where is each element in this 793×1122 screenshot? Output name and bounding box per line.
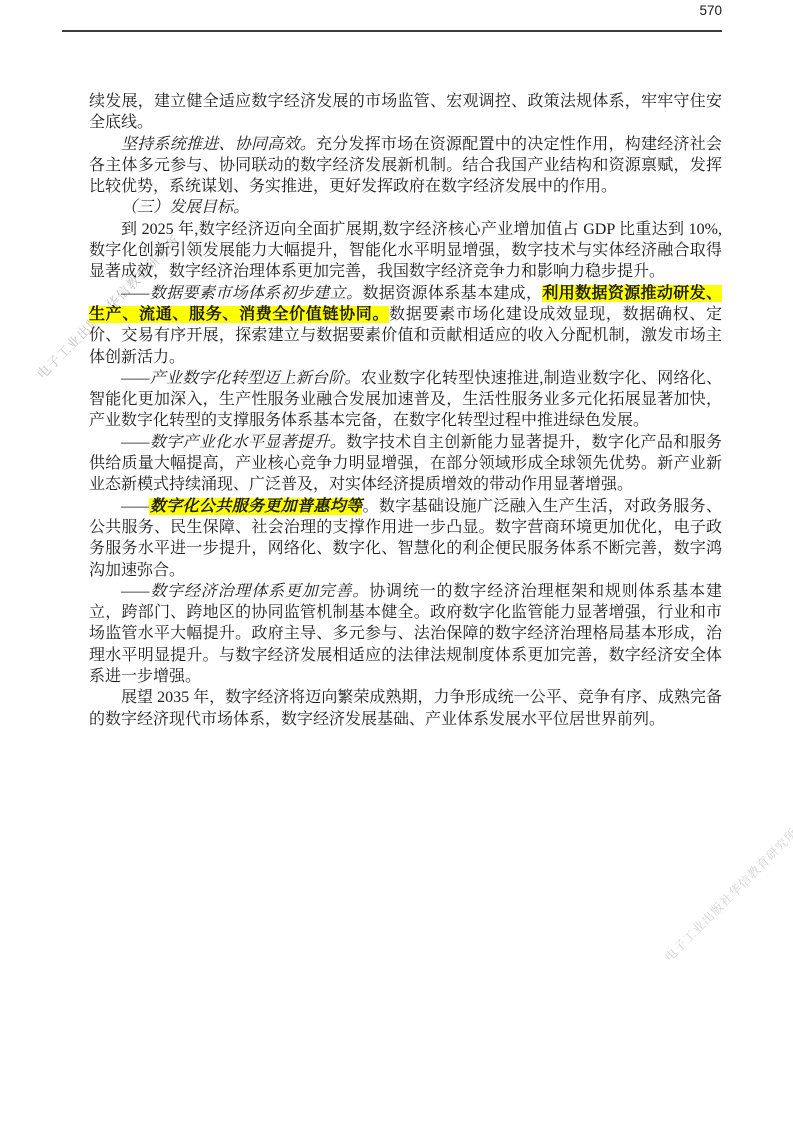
paragraph: 展望 2035 年，数字经济将迈向繁荣成熟期，力争形成统一公平、竞争有序、成熟完… <box>89 687 722 730</box>
paragraph: ——数字经济治理体系更加完善。协调统一的数字经济治理框架和规则体系基本建立，跨部… <box>89 581 722 687</box>
text-run: 到 2025 年,数字经济迈向全面扩展期,数字经济核心产业增加值占 GDP 比重… <box>89 221 722 281</box>
highlighted-text: 数字化公共服务更加普惠均等 <box>149 498 362 515</box>
text-run: 数据资源体系基本建成， <box>362 285 542 302</box>
text-run: ——数据要素市场体系初步建立。 <box>121 285 362 302</box>
page-number: 570 <box>690 3 722 18</box>
text-run: ——数字经济治理体系更加完善。 <box>121 583 369 600</box>
paragraph: 到 2025 年,数字经济迈向全面扩展期,数字经济核心产业增加值占 GDP 比重… <box>89 219 722 283</box>
document-body: 续发展，建立健全适应数字经济发展的市场监管、宏观调控、政策法规体系，牢牢守住安全… <box>89 91 722 730</box>
text-run: —— <box>121 498 149 515</box>
paragraph: ——数据要素市场体系初步建立。数据资源体系基本建成，利用数据资源推动研发、生产、… <box>89 283 722 368</box>
paragraph: 坚持系统推进、协同高效。充分发挥市场在资源配置中的决定性作用，构建经济社会各主体… <box>89 134 722 198</box>
text-run: ——数字产业化水平显著提升。 <box>121 434 346 451</box>
paragraph: 续发展，建立健全适应数字经济发展的市场监管、宏观调控、政策法规体系，牢牢守住安全… <box>89 91 722 134</box>
paragraph: ——产业数字化转型迈上新台阶。农业数字化转型快速推进,制造业数字化、网络化、智能… <box>89 368 722 432</box>
paragraph: （三）发展目标。 <box>89 197 722 218</box>
text-run: 展望 2035 年，数字经济将迈向繁荣成熟期，力争形成统一公平、竞争有序、成熟完… <box>89 689 722 727</box>
paragraph: ——数字产业化水平显著提升。数字技术自主创新能力显著提升，数字化产品和服务供给质… <box>89 432 722 496</box>
text-run: ——产业数字化转型迈上新台阶。 <box>121 370 361 387</box>
text-run: （三）发展目标。 <box>121 199 249 216</box>
text-run: 续发展，建立健全适应数字经济发展的市场监管、宏观调控、政策法规体系，牢牢守住安全… <box>89 93 722 131</box>
header-rule <box>62 30 722 32</box>
document-page: 电子工业出版社华信教育研究所 电子工业出版社华信教育研究所 570 续发展，建立… <box>0 0 793 1122</box>
text-run: 坚持系统推进、协同高效。 <box>121 136 316 153</box>
paragraph: ——数字化公共服务更加普惠均等。数字基础设施广泛融入生产生活，对政务服务、公共服… <box>89 496 722 581</box>
watermark-publisher-right: 电子工业出版社华信教育研究所 <box>661 824 793 965</box>
